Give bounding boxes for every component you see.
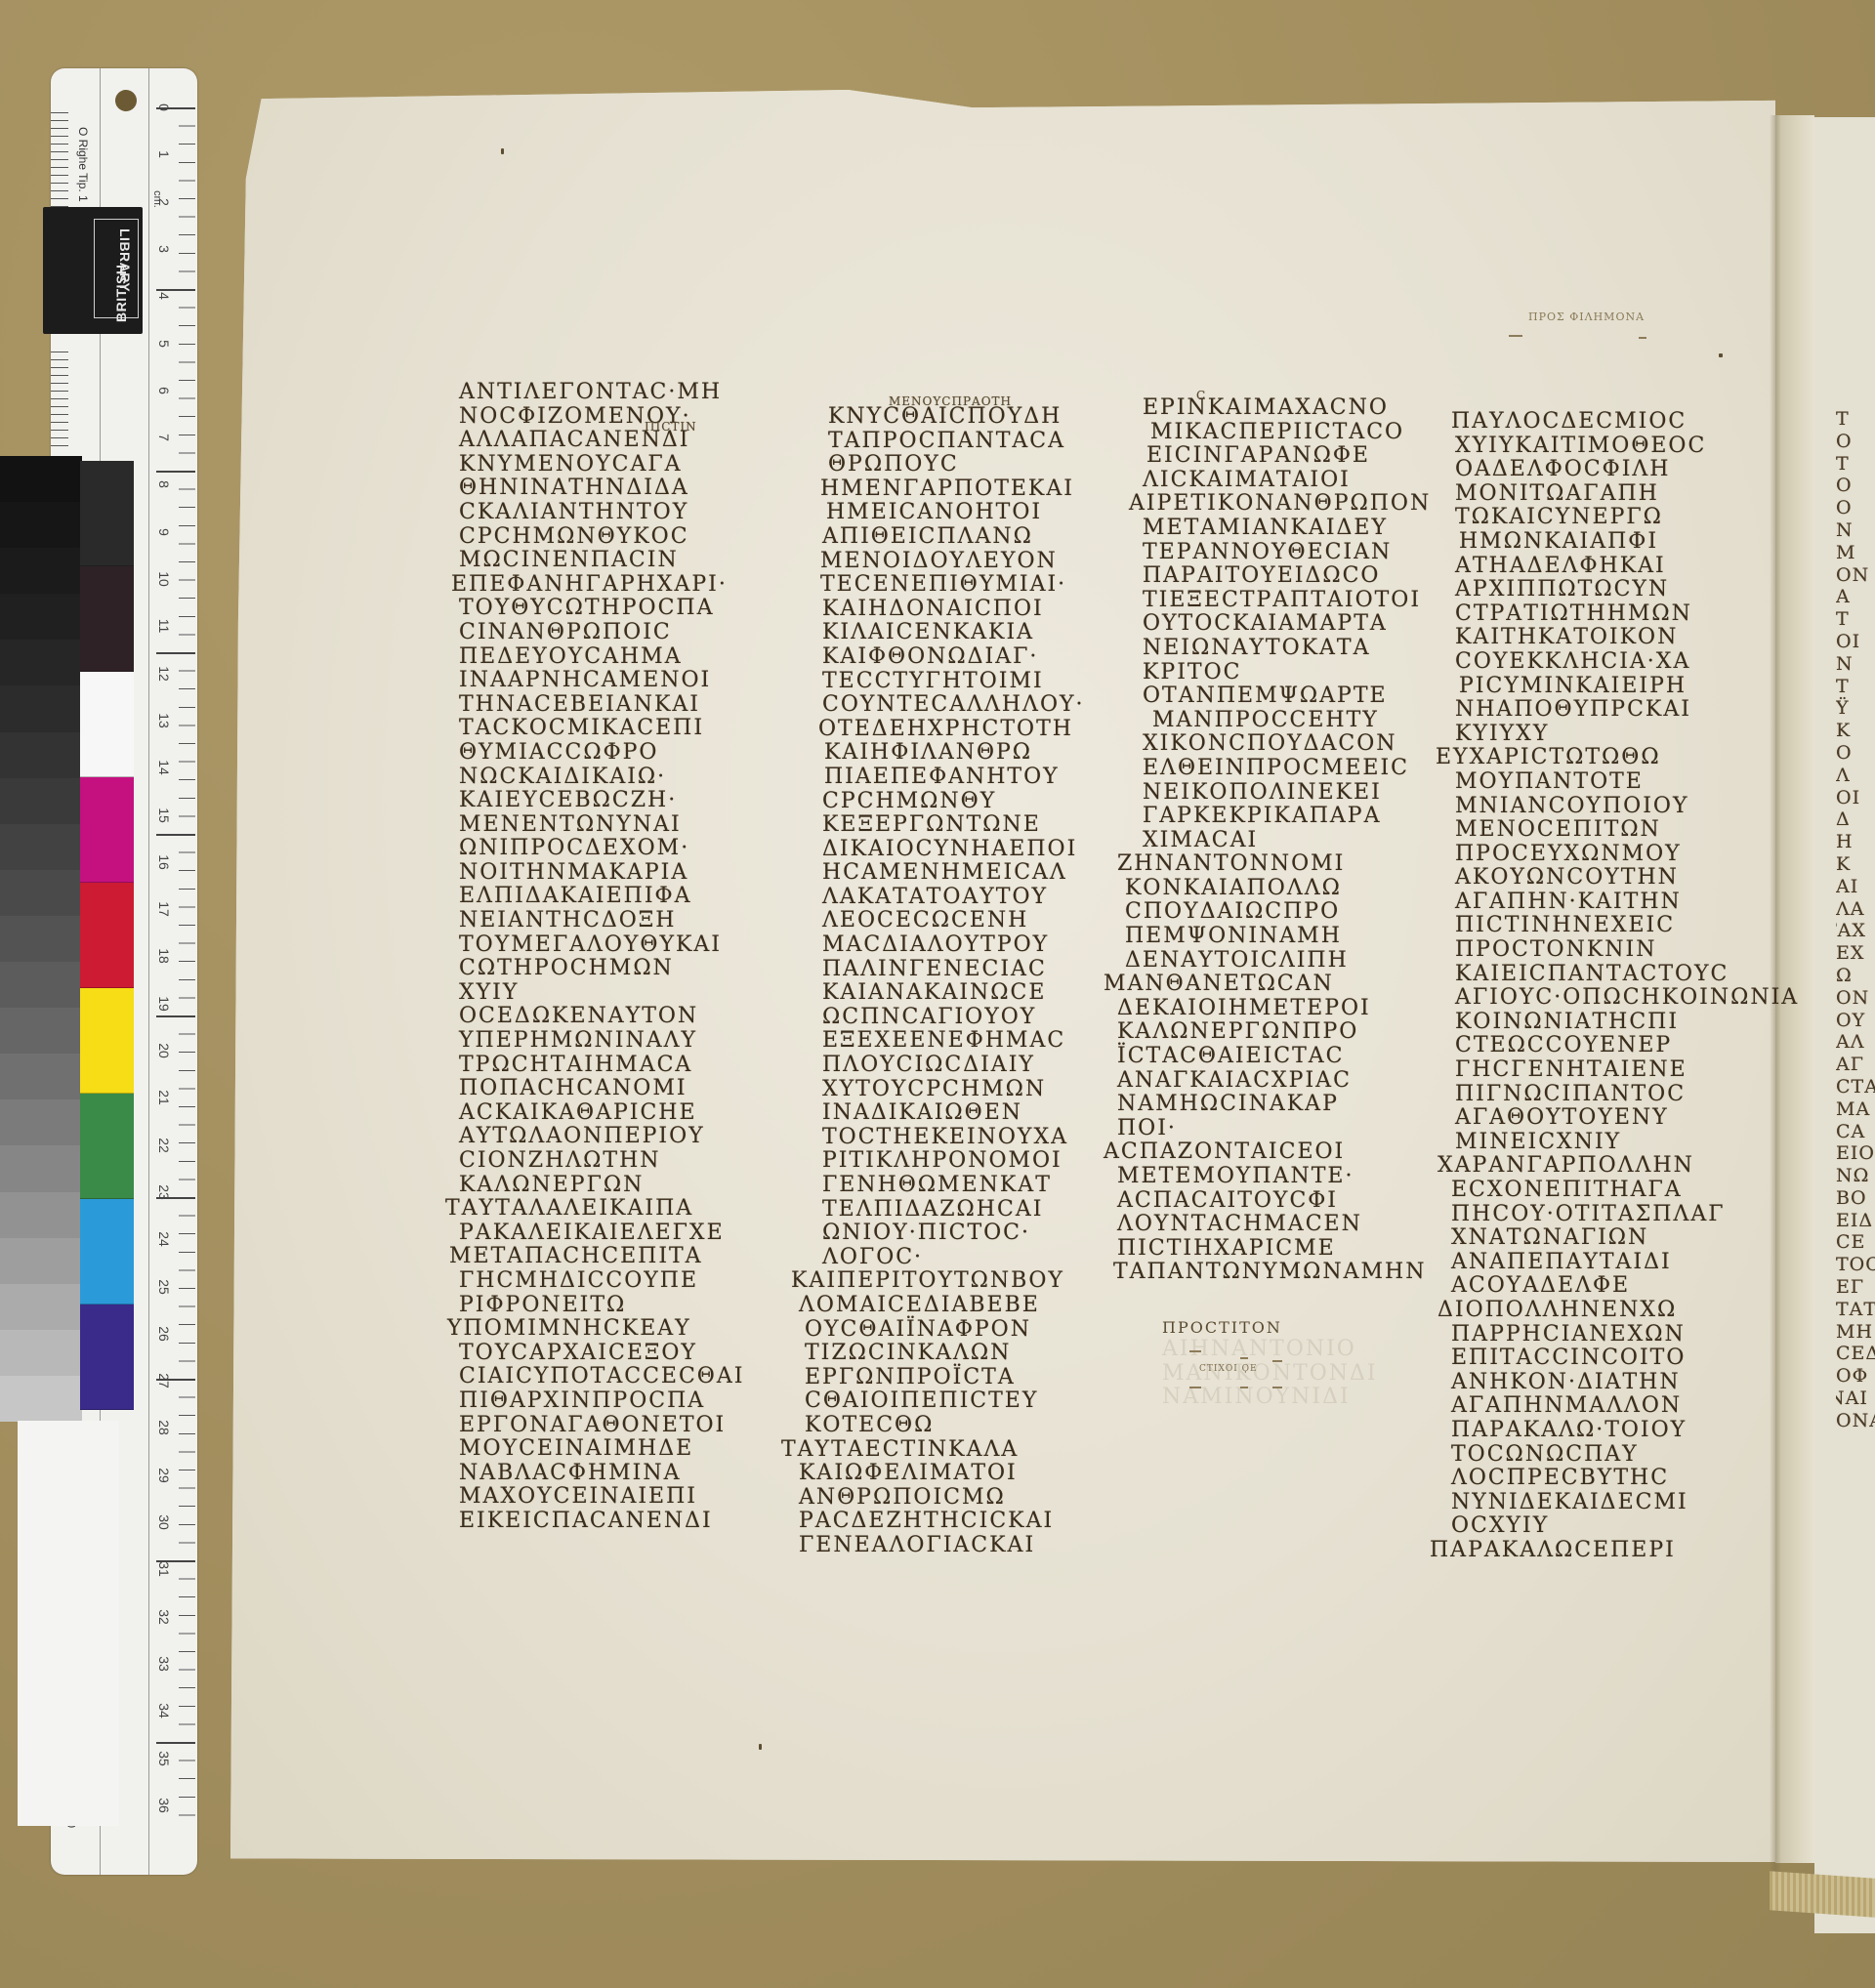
- tag-text-british: BRITISH: [113, 265, 129, 323]
- text-line: ΘΥΜΙΑϹϹΩΦΡΟ: [459, 741, 744, 766]
- text-line: ΟΑΔΕΛΦΟϹΦΙΛΗ: [1455, 458, 1799, 482]
- grey-step: [0, 1238, 82, 1284]
- text-line: ΓΑΡΚΕΚΡΙΚΑΠΑΡΑ: [1143, 805, 1431, 829]
- text-line: ΑΓΙΟΥϹ·ΟΠΩϹΗΚΟΙΝΩΝΙΑ: [1455, 986, 1799, 1011]
- text-line: ΝΗΑΠΟΘΥΠΡϹΚΑΙ: [1455, 698, 1799, 723]
- text-line: ΠΙΑΕΠΕΦΑΝΗΤΟΥ: [824, 766, 1085, 790]
- text-line: ΚΑΙΗΦΙΛΑΝΘΡΩ: [824, 741, 1085, 766]
- text-line: ΤΑΠΡΟϹΠΑΝΤΑϹΑ: [828, 430, 1085, 454]
- ruler-cm-label: 5: [156, 332, 172, 355]
- text-line: ΑΝΑΓΚΑΙΑϹΧΡΙΑϹ: [1117, 1069, 1431, 1094]
- text-line: ΕΙΚΕΙϹΠΑϹΑΝΕΝΔΙ: [459, 1510, 744, 1534]
- text-line: ϹΙΝΑΝΘΡΩΠΟΙϹ: [459, 621, 744, 645]
- ruler-cm-label: 9: [156, 520, 172, 544]
- text-line: ΓΕΝΗΘΩΜΕΝΚΑΤ: [822, 1174, 1085, 1198]
- ruler-cm-label: 17: [156, 897, 172, 921]
- text-line: ΧΙΜΑϹΑΙ: [1143, 829, 1431, 853]
- text-line: ΟΥΤΟϹΚΑΙΑΜΑΡΤΑ: [1143, 612, 1431, 637]
- text-line: ΑΠΙΘΕΙϹΠΛΑΝΩ: [822, 525, 1085, 550]
- grey-step: [0, 1008, 82, 1054]
- text-line: ΜΙΚΑϹΠΕΡΙΙϹΤΑϹΟ: [1150, 421, 1431, 445]
- text-line: ΧΙΚΟΝϹΠΟΥΔΑϹΟΝ: [1143, 732, 1431, 757]
- text-line: ΟΝ: [1836, 564, 1875, 587]
- text-line: ϹΙΟΝΖΗΛΩΤΗΝ: [459, 1149, 744, 1174]
- text-line: ΠΕΔΕΥΟΥϹΑΗΜΑ: [459, 645, 744, 670]
- color-patch-dark-maroon: [80, 566, 134, 672]
- grey-step: [0, 778, 82, 824]
- text-line: ΚΑΛΩΝΕΡΓΩΝ: [459, 1174, 744, 1198]
- text-line: ΓΗϹΓΕΝΗΤΑΙΕΝΕ: [1455, 1058, 1799, 1083]
- text-column-2: ΜΕΝΟΥϹΠΡΑΟΤΗ ΚΝΥϹΘΑΙϹΠΟΥΔΗ ΤΑΠΡΟϹΠΑΝΤΑϹΑ…: [781, 395, 1085, 1558]
- text-line: ΟΥ: [1836, 1010, 1875, 1032]
- text-line: ΝΩϹΚΑΙΔΙΚΑΙΩ·: [459, 766, 744, 790]
- ruler-cm-label: 6: [156, 379, 172, 402]
- text-line: ΠΙϹΤΙΝΗΝΕΧΕΙϹ: [1455, 914, 1799, 938]
- ruler-cm-label: 21: [156, 1086, 172, 1109]
- ruler-cm-label: 20: [156, 1039, 172, 1062]
- text-line: ΚΟΤΕϹΘΩ: [805, 1414, 1085, 1438]
- text-line: ΤΙΕΞΕϹΤΡΑΠΤΑΙΟΤΟΙ: [1143, 589, 1431, 613]
- text-line: ΠΙΘΑΡΧΙΝΠΡΟϹΠΑ: [459, 1389, 744, 1414]
- text-line: ϹΡϹΗΜΩΝΘΥΚΟϹ: [459, 525, 744, 550]
- text-line: ΟΙ: [1836, 787, 1875, 809]
- text-line: Ω: [1836, 965, 1875, 987]
- text-line: ΑΡΧΙΠΠΩΤΩϹΥΝ: [1455, 578, 1799, 602]
- ruler-cm-label: 26: [156, 1322, 172, 1346]
- color-patch-cyan: [80, 1199, 134, 1305]
- text-line: ΗΜΕΙϹΑΝΟΗΤΟΙ: [826, 501, 1085, 525]
- text-line: ΟΝΑ: [1836, 1410, 1875, 1432]
- text-line: ΤΙΖΩϹΙΝΚΑΛΩΝ: [805, 1342, 1085, 1366]
- text-line: ΠΛΟΥϹΙΩϹΔΙΑΙΥ: [822, 1054, 1085, 1078]
- text-line: ΜΟΥΠΑΝΤΟΤΕ: [1455, 770, 1799, 795]
- text-line: ΟϹΕΔΩΚΕΝΑΥΤΟΝ: [459, 1005, 744, 1029]
- color-patch-yellow: [80, 988, 134, 1094]
- text-line: ΟΝ: [1836, 987, 1875, 1010]
- binding-thread: [1770, 1871, 1875, 1918]
- subscription-rule: [1189, 1350, 1201, 1352]
- text-column-3: Ϲ ΕΡΙΝΚΑΙΜΑΧΑϹΝΟ ΜΙΚΑϹΠΕΡΙΙϹΤΑϹΟ ΕΙϹΙΝΓΑ…: [1104, 403, 1431, 1285]
- text-line: ΑΙ: [1836, 876, 1875, 898]
- text-line: ΠΑΡΡΗϹΙΑΝΕΧΩΝ: [1451, 1323, 1799, 1347]
- text-line: ΜΑΝΘΑΝΕΤΩϹΑΝ: [1104, 973, 1431, 997]
- color-patch-white: [80, 672, 134, 777]
- text-line: ΠΕΜΨΟΝΙΝΑΜΗ: [1125, 925, 1431, 949]
- ruler-cm-label: 31: [156, 1557, 172, 1581]
- text-line: ΠΙΓΝΩϹΙΠΑΝΤΟϹ: [1455, 1083, 1799, 1107]
- text-line: ΔΙΚΑΙΟϹΥΝΗΑΕΠΟΙ: [822, 838, 1085, 862]
- stichometry-note: ϹΤΙΧΟΙ ϘΕ: [1199, 1364, 1258, 1374]
- text-line: ΠΟΠΑϹΗϹΑΝΟΜΙ: [459, 1077, 744, 1101]
- text-line: ΝΥΝΙΔΕΚΑΙΔΕϹΜΙ: [1451, 1491, 1799, 1515]
- text-line: ΚΑΙΤΗΚΑΤΟΙΚΟΝ: [1455, 626, 1799, 650]
- text-line: ΕϹΧΟΝΕΠΙΤΗΑΓΑ: [1451, 1179, 1799, 1203]
- text-line: ΚΥΙΥΧΥ: [1455, 723, 1799, 747]
- greyscale-target: [0, 456, 82, 1423]
- ruler-cm-label: 4: [156, 284, 172, 308]
- text-line: ΕΙΟ: [1836, 1142, 1875, 1165]
- text-line: ΝΑΙ: [1836, 1387, 1875, 1410]
- text-line: ΑΝΘΡΩΠΟΙϹΜΩ: [799, 1486, 1085, 1511]
- text-line: ΤΟϹ: [1836, 1254, 1875, 1276]
- text-line: ΤΑΧ: [1836, 920, 1875, 942]
- text-line: ΚΡΙΤΟϹ: [1143, 661, 1431, 685]
- text-line: ΤΕϹΕΝΕΠΙΘΥΜΙΑΙ·: [820, 573, 1085, 598]
- text-line: ΑΓΑΘΟΥΤΟΥΕΝΥ: [1455, 1106, 1799, 1131]
- grey-step: [0, 1330, 82, 1376]
- grey-step: [0, 824, 82, 870]
- text-line: ΟΦ: [1836, 1365, 1875, 1387]
- ink-speck: [1719, 353, 1723, 357]
- ruler-divider: [148, 68, 149, 1875]
- text-line: ΚΙΛΑΙϹΕΝΚΑΚΙΑ: [822, 621, 1085, 645]
- title-rule: [1509, 335, 1522, 337]
- text-line: ΜΙΝΕΙϹΧΝΙΥ: [1455, 1131, 1799, 1155]
- subscription-rule: [1189, 1387, 1201, 1388]
- text-line: ΛΙϹΚΑΙΜΑΤΑΙΟΙ: [1143, 469, 1431, 493]
- ruler-cm-label: 12: [156, 662, 172, 685]
- text-line: ΕΧ: [1836, 942, 1875, 965]
- text-line: ΤΑϹΚΟϹΜΙΚΑϹΕΠΙ: [459, 717, 744, 741]
- text-line: ϹΩΤΗΡΟϹΗΜΩΝ: [459, 957, 744, 981]
- text-line: ΑΚΟΥΩΝϹΟΥΤΗΝ: [1455, 866, 1799, 890]
- text-line: ΚΑΙΠΕΡΙΤΟΥΤΩΝΒΟΥ: [791, 1269, 1085, 1294]
- subscription-rule: [1272, 1360, 1282, 1362]
- grey-step: [0, 1145, 82, 1191]
- text-line: ΟΥϹΘΑΙΪΝΑΦΡΟΝ: [805, 1318, 1085, 1343]
- text-line: ΤΗΝΑϹΕΒΕΙΑΝΚΑΙ: [459, 693, 744, 718]
- text-line: ΜΑ: [1836, 1098, 1875, 1121]
- ruler-cm-label: 1: [156, 143, 172, 166]
- text-line: ΠΑΡΑΚΑΛΩ·ΤΟΙΟΥ: [1451, 1419, 1799, 1443]
- ruler-cm-label: 10: [156, 567, 172, 591]
- text-line: ΚΟΙΝΩΝΙΑΤΗϹΠΙ: [1455, 1011, 1799, 1035]
- text-line: ΡΑϹΔΕΖΗΤΗϹΙϹΚΑΙ: [799, 1510, 1085, 1534]
- text-line: ΧΝΑΤΩΝΑΓΙΩΝ: [1451, 1226, 1799, 1251]
- text-line: ΜΑΝΠΡΟϹϹΕΗΤΥ: [1152, 709, 1431, 733]
- text-line: ΚΑΙΕΥϹΕΒΩϹΖΗ·: [459, 789, 744, 813]
- book-subscription: ΠΡΟϹΤΙΤΟΝ: [1162, 1318, 1282, 1337]
- text-line: ΧΥΙΥΚΑΙΤΙΜΟΘΕΟϹ: [1455, 435, 1799, 459]
- text-line: ΓΗϹΜΗΔΙϹϹΟΥΠΕ: [459, 1269, 744, 1294]
- text-line: ΜΟΝΙΤΩΑΓΑΠΗ: [1455, 482, 1799, 507]
- grey-step: [0, 594, 82, 640]
- text-line: ΩΝΙΟΥ·ΠΙϹΤΟϹ·: [822, 1222, 1085, 1246]
- text-line: Α: [1836, 586, 1875, 608]
- ruler-cm-label: 29: [156, 1464, 172, 1487]
- text-line: ΛΑΚΑΤΑΤΟΑΥΤΟΥ: [822, 886, 1085, 910]
- text-line: ΠΡΟϹΕΥΧΩΝΜΟΥ: [1455, 843, 1799, 867]
- ruler-cm-label: 8: [156, 473, 172, 496]
- text-line: ΝΑΒΛΑϹΦΗΜΙΝΑ: [459, 1462, 744, 1486]
- text-line: ΡΙΤΙΚΛΗΡΟΝΟΜΟΙ: [822, 1149, 1085, 1174]
- text-line: ϹΙΑΙϹΥΠΟΤΑϹϹΕϹΘΑΙ: [459, 1365, 744, 1389]
- text-line: ΡΙϹΥΜΙΝΚΑΙΕΙΡΗ: [1459, 675, 1799, 699]
- ruler-cm-label: 3: [156, 237, 172, 261]
- text-line: Λ: [1836, 765, 1875, 787]
- ruler-cm-label: 11: [156, 614, 172, 638]
- subscription-rule: [1272, 1387, 1282, 1388]
- text-line: ϹΤΑ: [1836, 1076, 1875, 1098]
- text-line: ΠΗϹΟΥ·ΟΤΙΤΑΣΠΛΑΓ: [1451, 1203, 1799, 1227]
- text-line: ΧΥΙΥ: [459, 981, 744, 1006]
- text-line: ΚΕΞΕΡΓΩΝΤΩΝΕ: [822, 813, 1085, 838]
- text-line: ΝΕΙΩΝΑΥΤΟΚΑΤΑ: [1143, 637, 1431, 661]
- text-line: ΑΙΡΕΤΙΚΟΝΑΝΘΡΩΠΟΝ: [1129, 492, 1431, 517]
- text-line: ΕΡΓΟΝΑΓΑΘΟΝΕΤΟΙ: [459, 1414, 744, 1438]
- ruler-cm-label: 16: [156, 850, 172, 874]
- text-line: ΑΓΑΠΗΝ·ΚΑΙΤΗΝ: [1455, 890, 1799, 915]
- text-line: ΔΕΝΑΥΤΟΙϹΛΙΠΗ: [1125, 949, 1431, 973]
- text-line: ΠΙϹΤΙΗΧΑΡΙϹΜΕ: [1117, 1237, 1431, 1262]
- color-patch-red: [80, 883, 134, 988]
- text-line: ϹΠΟΥΔΑΙΩϹΠΡΟ: [1125, 900, 1431, 925]
- title-rule: [1639, 337, 1646, 339]
- text-line: ΛΟΓΟϹ·: [822, 1246, 1085, 1270]
- grey-step: [0, 502, 82, 548]
- text-line: ΙΝΑΑΡΝΗϹΑΜΕΝΟΙ: [459, 669, 744, 693]
- text-line: ΑΛ: [1836, 1031, 1875, 1054]
- ruler-cm-label: 23: [156, 1180, 172, 1204]
- text-column-1: ΑΝΤΙΛΕΓΟΝΤΑϹ·ΜΗ ΝΟϹΦΙΖΟΜΕΝΟΥ· ΠΙϹΤΙΝ ΑΛΛ…: [459, 381, 744, 1534]
- text-line: ΤΡΩϹΗΤΑΙΗΜΑϹΑ: [459, 1054, 744, 1078]
- text-line: ΗΜΕΝΓΑΡΠΟΤΕΚΑΙ: [820, 477, 1085, 502]
- text-line: ΡΑΚΑΛΕΙΚΑΙΕΛΕΓΧΕ: [459, 1222, 744, 1246]
- text-line: Τ: [1836, 608, 1875, 631]
- text-line: ΑΓΑΠΗΝΜΑΛΛΟΝ: [1451, 1394, 1799, 1419]
- text-line: ΤΟϹΤΗΕΚΕΙΝΟΥΧΑ: [822, 1126, 1085, 1150]
- text-line: ΜΕΤΕΜΟΥΠΑΝΤΕ·: [1117, 1165, 1431, 1189]
- text-line: ΩΝΙΠΡΟϹΔΕΧΟΜ·: [459, 837, 744, 861]
- running-title: ΠΡΟΣ ΦΙΛΗΜΟΝΑ: [1528, 311, 1645, 323]
- text-line: ϹΚΑΛΙΑΝΤΗΝΤΟΥ: [459, 501, 744, 525]
- text-line: ΜΕΤΑΜΙΑΝΚΑΙΔΕΥ: [1143, 517, 1431, 541]
- text-line: ΕΛΠΙΔΑΚΑΙΕΠΙΦΑ: [459, 885, 744, 909]
- text-line: ΗϹΑΜΕΝΗΜΕΙϹΑΛ: [822, 861, 1085, 886]
- text-line: Ο: [1836, 742, 1875, 765]
- text-line: ΑΤΗΑΔΕΛΦΗΚΑΙ: [1455, 555, 1799, 579]
- text-line: ΠΑΥΛΟϹΔΕϹΜΙΟϹ: [1451, 410, 1799, 435]
- grey-step: [0, 1054, 82, 1099]
- text-line: ΜΕΝΟϹΕΠΙΤΩΝ: [1455, 818, 1799, 843]
- subscription-rule: [1240, 1357, 1248, 1359]
- text-line: ΚΑΛΩΝΕΡΓΩΝΠΡΟ: [1117, 1020, 1431, 1045]
- text-line: ΜΝΙΑΝϹΟΥΠΟΙΟΥ: [1455, 795, 1799, 819]
- text-line: ΗΜΩΝΚΑΙΑΠΦΙ: [1459, 530, 1799, 555]
- text-line: ΕΙΔ: [1836, 1210, 1875, 1232]
- text-line: ΠΟΙ·: [1117, 1117, 1431, 1141]
- text-line: ΛΑ: [1836, 898, 1875, 921]
- text-line: ϹΟΥΕΚΚΛΗϹΙΑ·ΧΑ: [1455, 650, 1799, 675]
- text-line: ΙΝΑΔΙΚΑΙΩΘΕΝ: [822, 1101, 1085, 1126]
- text-line: ΕΞΕΧΕΕΝΕΦΗΜΑϹ: [822, 1029, 1085, 1054]
- text-line: ϹΟΥΝΤΕϹΑΛΛΗΛΟΥ·: [822, 693, 1085, 718]
- text-line: Τ: [1836, 676, 1875, 698]
- text-line: ΑΛΛΑΠΑϹΑΝΕΝΔΙ: [459, 429, 744, 453]
- grey-step: [0, 962, 82, 1008]
- text-line: ΧΑΡΑΝΓΑΡΠΟΛΛΗΝ: [1437, 1154, 1799, 1179]
- text-line: ΧΥΤΟΥϹΡϹΗΜΩΝ: [822, 1078, 1085, 1102]
- ink-speck: [759, 1744, 762, 1750]
- text-column-facing-page: Τ Ο Τ Ο Ο Ν Μ ΟΝ Α Τ ΟΙ Ν Τ Ϋ Κ Ο Λ ΟΙ Δ…: [1836, 408, 1875, 1432]
- text-line: ΠΑΡΑΙΤΟΥΕΙΔΩϹΟ: [1143, 564, 1431, 589]
- color-patch-green: [80, 1094, 134, 1199]
- text-line: ΚΝΥΜΕΝΟΥϹΑΓΑ: [459, 453, 744, 477]
- ruler-cm-label: 19: [156, 992, 172, 1015]
- text-line: ΚΑΙΑΝΑΚΑΙΝΩϹΕ: [822, 981, 1085, 1006]
- text-line: ΟΤΑΝΠΕΜΨΩΑΡΤΕ: [1143, 684, 1431, 709]
- text-line: ΑϹΠΑΖΟΝΤΑΙϹΕΟΙ: [1104, 1140, 1431, 1165]
- grey-step: [0, 456, 82, 502]
- ink-speck: [501, 148, 504, 154]
- text-line: ΤΟΥΜΕΓΑΛΟΥΘΥΚΑΙ: [459, 933, 744, 958]
- grey-step: [0, 640, 82, 685]
- text-line: Η: [1836, 831, 1875, 853]
- text-line: Δ: [1836, 808, 1875, 831]
- text-line: ΓΕΝΕΑΛΟΓΙΑϹΚΑΙ: [799, 1534, 1085, 1558]
- text-line: ΚΑΙΕΙϹΠΑΝΤΑϹΤΟΥϹ: [1455, 963, 1799, 987]
- text-line: ΜΕΝΟΙΔΟΥΛΕΥΟΝ: [820, 550, 1085, 574]
- text-line: ΝΟΙΤΗΝΜΑΚΑΡΙΑ: [459, 861, 744, 886]
- text-line: Ϋ: [1836, 697, 1875, 720]
- text-line: ΜΑϹΔΙΑΛΟΥΤΡΟΥ: [822, 933, 1085, 958]
- ruler-cm-label: 33: [156, 1652, 172, 1676]
- ruler-point-label: O Righe Tip. 1: [76, 127, 90, 202]
- text-line: ΚΑΙΗΔΟΝΑΙϹΠΟΙ: [822, 598, 1085, 622]
- text-line: ΟΙ: [1836, 631, 1875, 653]
- grey-step: [0, 732, 82, 778]
- text-line: ΑΥΤΩΛΑΟΝΠΕΡΙΟΥ: [459, 1125, 744, 1149]
- ruler-cm-label: 25: [156, 1275, 172, 1299]
- grey-step: [0, 1284, 82, 1330]
- text-line: ΛΟΜΑΙϹΕΔΙΑΒΕΒΕ: [799, 1294, 1085, 1318]
- text-line: Ν: [1836, 519, 1875, 542]
- text-line: ΕΡΓΩΝΠΡΟΪϹΤΑ: [805, 1366, 1085, 1390]
- ruler-cm-label: 18: [156, 944, 172, 968]
- grey-step: [0, 1192, 82, 1238]
- text-line: ΜΗ: [1836, 1321, 1875, 1344]
- text-line: ΤΟϹΩΝΩϹΠΑΥ: [1451, 1443, 1799, 1468]
- ruler-point-ticks: [51, 352, 68, 449]
- text-line: ΤΑΥΤΑΕϹΤΙΝΚΑΛΑ: [781, 1438, 1085, 1463]
- text-line: ΚΝΥϹΘΑΙϹΠΟΥΔΗ: [828, 405, 1085, 430]
- ruler-cm-label: 7: [156, 426, 172, 449]
- text-line: ΘΗΝΙΝΑΤΗΝΔΙΔΑ: [459, 476, 744, 501]
- text-line: Κ: [1836, 853, 1875, 876]
- text-line: Τ: [1836, 453, 1875, 476]
- ruler-cm-label: 28: [156, 1416, 172, 1439]
- text-line: ΠΑΛΙΝΓΕΝΕϹΙΑϹ: [822, 958, 1085, 982]
- grey-step: [0, 548, 82, 594]
- ruler-cm-label: 24: [156, 1227, 172, 1251]
- text-line: ΜΕΤΑΠΑϹΗϹΕΠΙΤΑ: [449, 1245, 744, 1269]
- ruler-cm-label: 22: [156, 1134, 172, 1157]
- ruler-cm-label: 27: [156, 1369, 172, 1392]
- text-line: ΑϹΠΑϹΑΙΤΟΥϹΦΙ: [1117, 1189, 1431, 1214]
- subscription-rule: [1240, 1387, 1248, 1388]
- white-reference-card: [18, 1421, 119, 1826]
- text-line: ϹΡϹΗΜΩΝΘΥ: [822, 790, 1085, 814]
- text-line: ΛΟϹΠΡΕϹΒΥΤΗϹ: [1451, 1467, 1799, 1491]
- text-line: ΕΠΙΤΑϹϹΙΝϹΟΙΤΟ: [1451, 1346, 1799, 1371]
- ruler-cm-label: 34: [156, 1699, 172, 1722]
- text-line: ΠΑΡΑΚΑΛΩϹΕΠΕΡΙ: [1430, 1539, 1799, 1563]
- text-line: ϹΑ: [1836, 1121, 1875, 1143]
- text-line: ΕΡΙΝΚΑΙΜΑΧΑϹΝΟ: [1143, 396, 1431, 421]
- text-line: ϹΕ: [1836, 1231, 1875, 1254]
- text-line: Ο: [1836, 475, 1875, 497]
- color-patch-black: [80, 461, 134, 566]
- ruler-cm-label: 36: [156, 1794, 172, 1817]
- text-line: ϹΤΕΩϹϹΟΥΕΝΕΡ: [1455, 1034, 1799, 1058]
- color-patches: [80, 461, 134, 1410]
- text-line: ΔΙΟΠΟΛΛΗΝΕΝΧΩ: [1437, 1299, 1799, 1323]
- ruler-cm-label: 15: [156, 804, 172, 827]
- text-line: ΝΕΙΚΟΠΟΛΙΝΕΚΕΙ: [1143, 781, 1431, 806]
- text-line: ΤΑΥΤΑΛΑΛΕΙΚΑΙΠΑ: [445, 1197, 744, 1222]
- ruler-cm-label: 30: [156, 1511, 172, 1534]
- text-line: ΤΟΥϹΑΡΧΑΙϹΕΞΟΥ: [459, 1342, 744, 1366]
- text-line: ΑΝΗΚΟΝ·ΔΙΑΤΗΝ: [1451, 1371, 1799, 1395]
- text-line: ϹΘΑΙΟΙΠΕΠΙϹΤΕΥ: [805, 1389, 1085, 1414]
- text-line: ΤΑΠΑΝΤΩΝΥΜΩΝΑΜΗΝ: [1113, 1261, 1431, 1285]
- text-column-4: ΠΑΥΛΟϹΔΕϹΜΙΟϹ ΧΥΙΥΚΑΙΤΙΜΟΘΕΟϹ ΟΑΔΕΛΦΟϹΦΙ…: [1428, 410, 1799, 1563]
- text-line: ΒΟ: [1836, 1187, 1875, 1210]
- ruler-cm-label: 13: [156, 709, 172, 732]
- ruler-cm-label: 2: [156, 190, 172, 214]
- text-line: ΜΟΥϹΕΙΝΑΙΜΗΔΕ: [459, 1437, 744, 1462]
- text-line: ΤΟΥΘΥϹΩΤΗΡΟϹΠΑ: [459, 597, 744, 621]
- ruler-hanging-hole: [115, 90, 137, 111]
- text-line: ΕΠΕΦΑΝΗΓΑΡΗΧΑΡΙ·: [451, 573, 744, 598]
- text-line: ΜΑΧΟΥϹΕΙΝΑΙΕΠΙ: [459, 1485, 744, 1510]
- text-line: ΑΝΑΠΕΠΑΥΤΑΙΔΙ: [1451, 1251, 1799, 1275]
- text-line: ΜΕΝΕΝΤΩΝΥΝΑΙ: [459, 813, 744, 838]
- text-line: Τ: [1836, 408, 1875, 431]
- text-line: Μ: [1836, 542, 1875, 564]
- text-line: ΔΕΚΑΙΟΙΗΜΕΤΕΡΟΙ: [1117, 997, 1431, 1021]
- text-line: ΠΡΟϹΤΟΝΚΝΙΝ: [1455, 938, 1799, 963]
- text-line: ΩϹΠΝϹΑΓΙΟΥΟΥ: [822, 1006, 1085, 1030]
- text-line: ΝΕΙΑΝΤΗϹΔΟΞΗ: [459, 909, 744, 933]
- text-line: ΚΟΝΚΑΙΑΠΟΛΛΩ: [1125, 877, 1431, 901]
- text-line: ΖΗΝΑΝΤΟΝΝΟΜΙ: [1117, 852, 1431, 877]
- text-line: ΛΕΟϹΕϹΩϹΕΝΗ: [822, 909, 1085, 933]
- text-line: ΝΩ: [1836, 1165, 1875, 1187]
- text-line: Κ: [1836, 720, 1875, 742]
- grey-step: [0, 685, 82, 731]
- grey-step: [0, 870, 82, 916]
- ruler-cm-label: 35: [156, 1747, 172, 1770]
- color-patch-violet: [80, 1305, 134, 1410]
- text-line: ϹΕΔ: [1836, 1343, 1875, 1365]
- text-line: ΑΝΤΙΛΕΓΟΝΤΑϹ·ΜΗ: [459, 381, 744, 405]
- british-library-tag: LIBRARY BRITISH: [43, 207, 143, 334]
- ruler-cm-label: 14: [156, 756, 172, 779]
- text-line: ΕΛΘΕΙΝΠΡΟϹΜΕΕΙϹ: [1143, 757, 1431, 781]
- text-line: ΝΑΜΗΩϹΙΝΑΚΑΡ: [1117, 1093, 1431, 1117]
- text-line: ΑϹΟΥΑΔΕΛΦΕ: [1451, 1274, 1799, 1299]
- text-line: ΘΡΩΠΟΥϹ: [828, 453, 1085, 477]
- text-line: ΕΙϹΙΝΓΑΡΑΝΩΦΕ: [1146, 444, 1431, 469]
- text-line: ΟΤΕΔΕΗΧΡΗϹΤΟΤΗ: [818, 718, 1085, 742]
- text-line: Ο: [1836, 431, 1875, 453]
- color-patch-magenta: [80, 777, 134, 883]
- text-line: ΪϹΤΑϹΘΑΙΕΙϹΤΑϹ: [1117, 1045, 1431, 1069]
- grey-step: [0, 916, 82, 962]
- text-line: ΤΕΛΠΙΔΑΖΩΗϹΑΙ: [822, 1198, 1085, 1222]
- text-line: ΑΓ: [1836, 1054, 1875, 1076]
